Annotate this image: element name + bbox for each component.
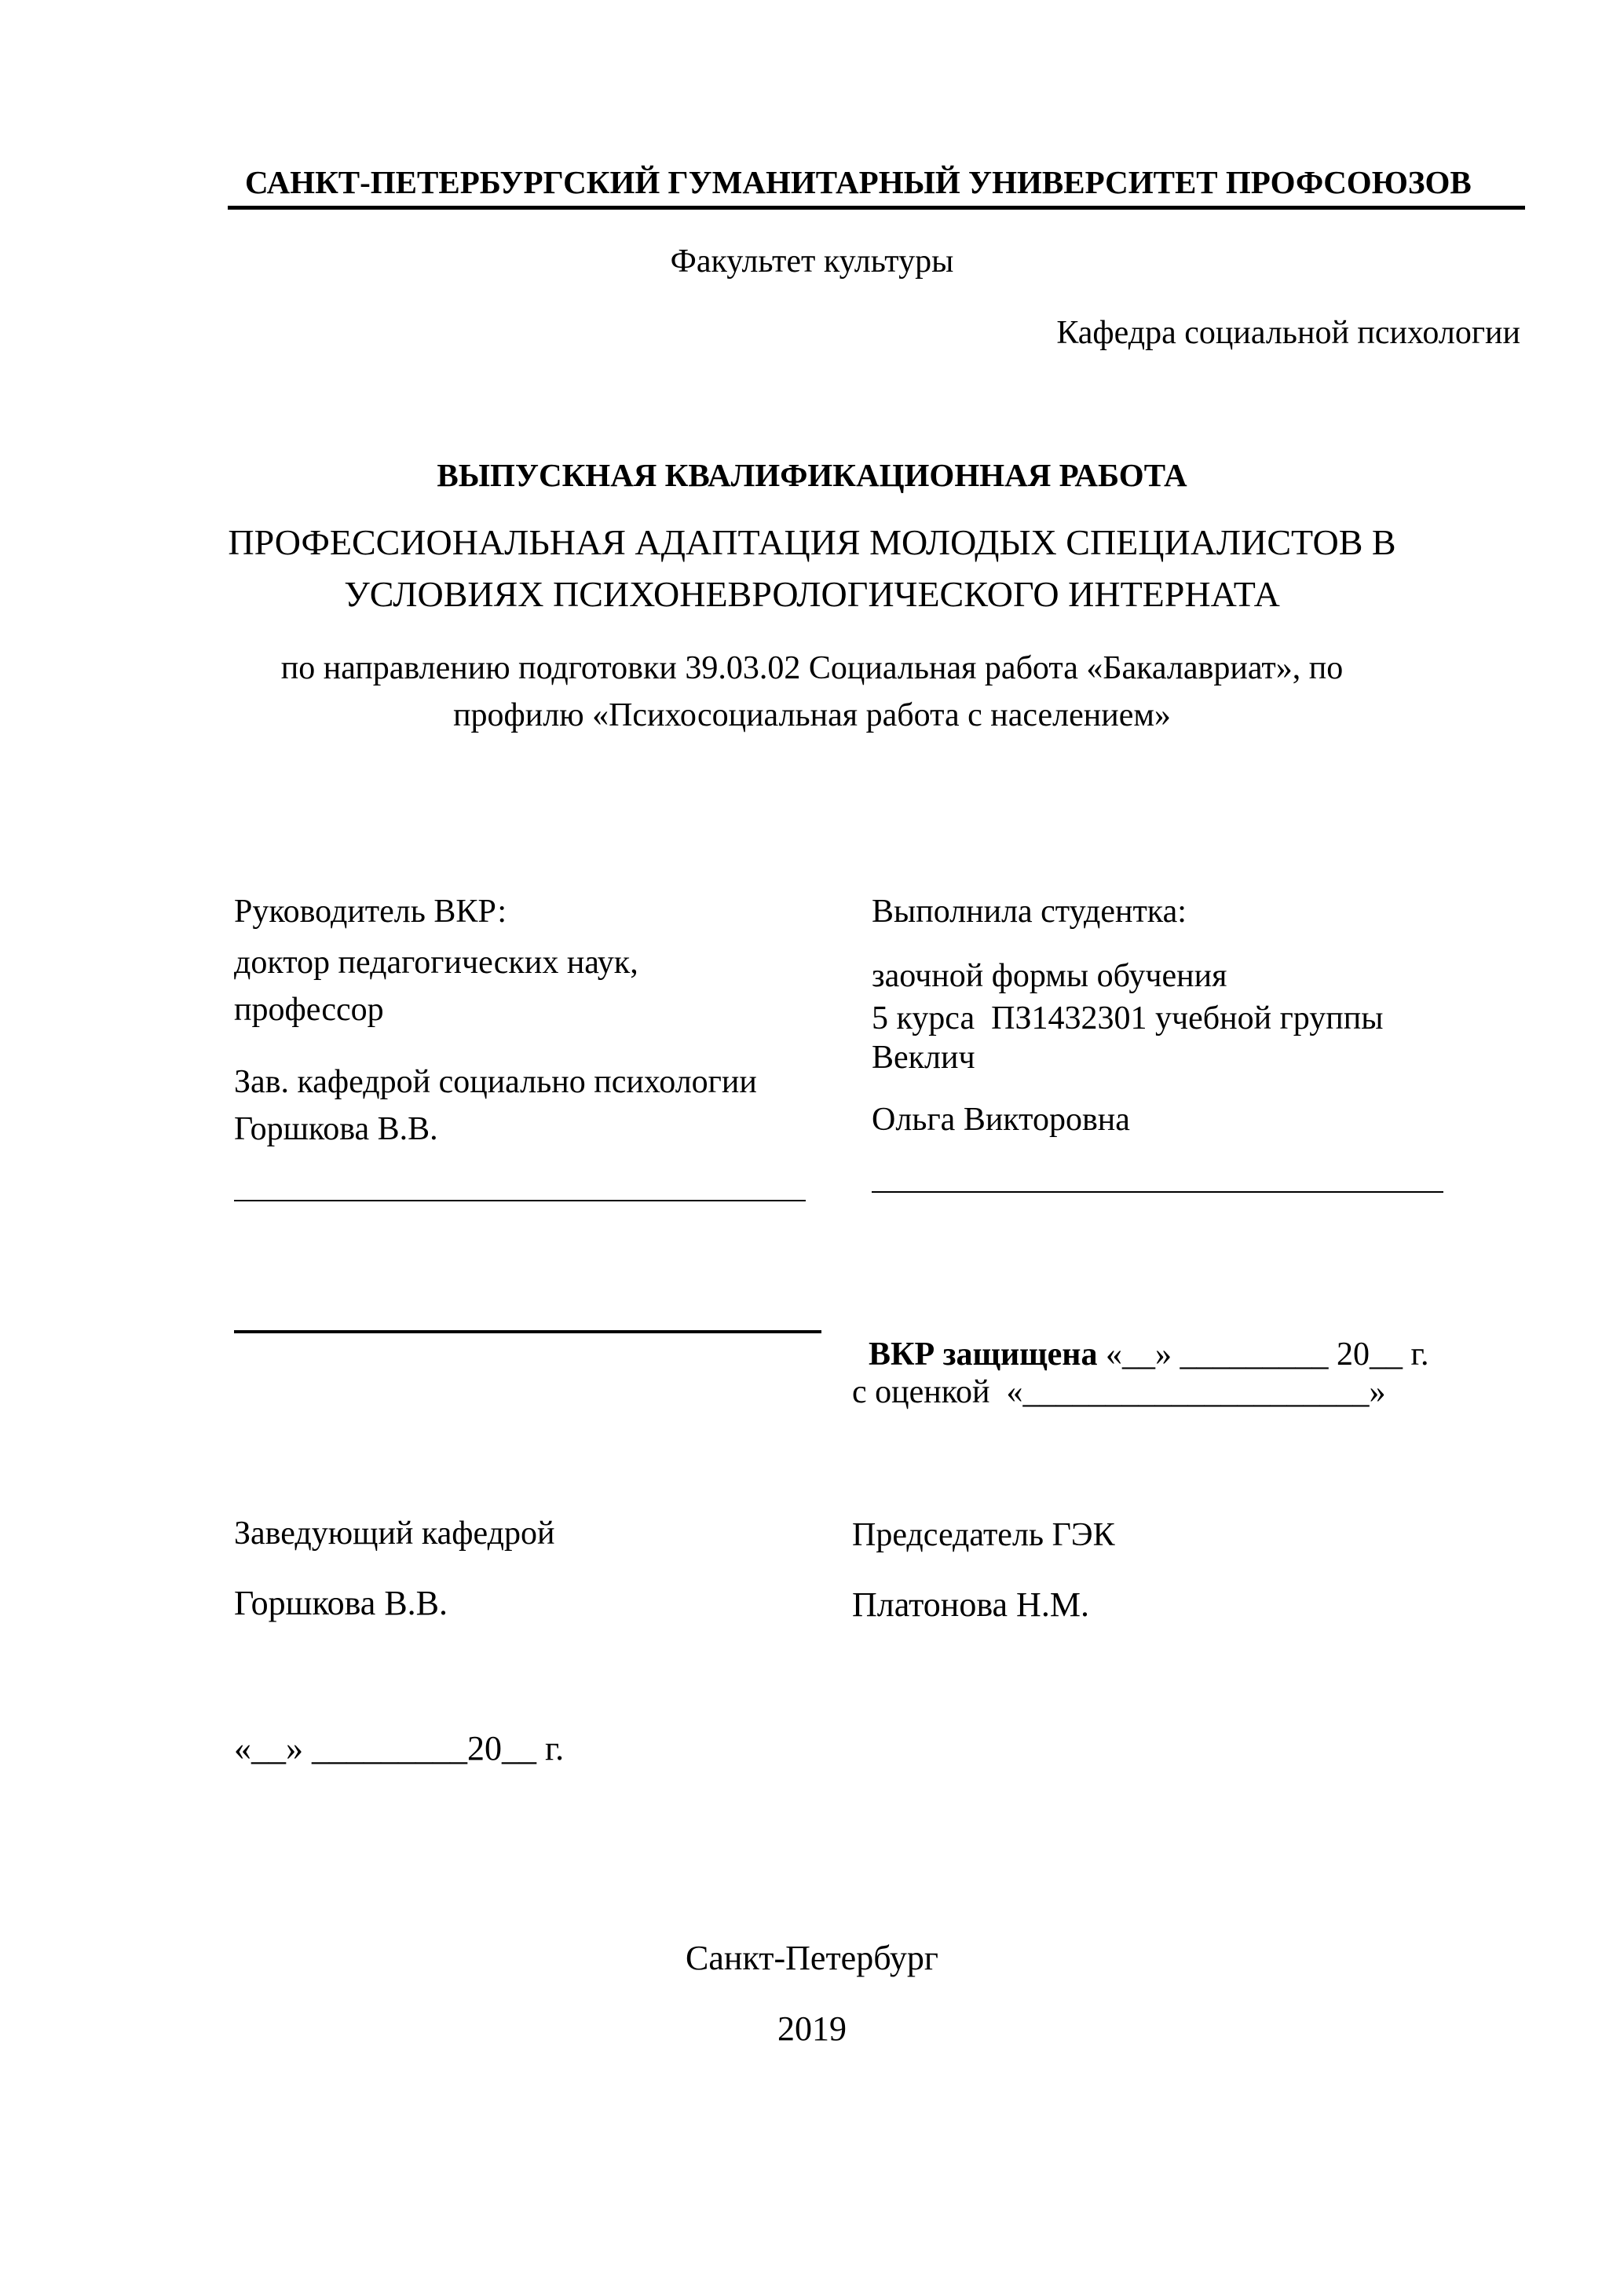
topic-title-line-1: ПРОФЕССИОНАЛЬНАЯ АДАПТАЦИЯ МОЛОДЫХ СПЕЦИ…	[0, 525, 1624, 561]
defense-label: ВКР защищена	[869, 1336, 1097, 1373]
defense-status: ВКР защищена «__» _________ 20__ г.	[852, 1305, 1428, 1371]
supervisor-label: Руководитель ВКР:	[234, 895, 507, 928]
student-study-form: заочной формы обучения	[872, 960, 1227, 993]
head-of-department-label: Заведующий кафедрой	[234, 1517, 554, 1550]
direction-line-2: профилю «Психосоциальная работа с населе…	[0, 699, 1624, 732]
supervisor-position: Зав. кафедрой социально психологии	[234, 1066, 757, 1099]
defense-date: «__» _________ 20__ г.	[1097, 1336, 1428, 1373]
department-name: Кафедра социальной психологии	[1056, 316, 1520, 349]
head-of-department-name: Горшкова В.В.	[234, 1586, 448, 1621]
year: 2019	[0, 2012, 1624, 2046]
defense-grade: с оценкой «_____________________»	[852, 1376, 1386, 1409]
work-type-heading: ВЫПУСКНАЯ КВАЛИФИКАЦИОННАЯ РАБОТА	[0, 459, 1624, 492]
student-given-names: Ольга Викторовна	[872, 1103, 1130, 1136]
student-signature-line	[872, 1191, 1443, 1193]
university-name: САНКТ-ПЕТЕРБУРГСКИЙ ГУМАНИТАРНЫЙ УНИВЕРС…	[245, 166, 1472, 199]
student-label: Выполнила студентка:	[872, 895, 1187, 928]
supervisor-rank: профессор	[234, 993, 384, 1026]
direction-line-1: по направлению подготовки 39.03.02 Социа…	[0, 652, 1624, 685]
defense-left-line	[234, 1330, 821, 1333]
supervisor-name: Горшкова В.В.	[234, 1113, 438, 1146]
student-course-group: 5 курса ПЗ1432301 учебной группы	[872, 1002, 1383, 1035]
supervisor-signature-line	[234, 1200, 806, 1201]
header-rule	[228, 206, 1525, 210]
supervisor-degree: доктор педагогических наук,	[234, 946, 638, 979]
commission-chair-name: Платонова Н.М.	[852, 1588, 1089, 1622]
faculty-name: Факультет культуры	[0, 245, 1624, 278]
commission-chair-label: Председатель ГЭК	[852, 1519, 1115, 1552]
student-surname: Веклич	[872, 1041, 975, 1074]
city: Санкт-Петербург	[0, 1941, 1624, 1976]
topic-title-line-2: УСЛОВИЯХ ПСИХОНЕВРОЛОГИЧЕСКОГО ИНТЕРНАТА	[0, 576, 1624, 612]
head-approval-date: «__» _________20__ г.	[234, 1731, 564, 1766]
